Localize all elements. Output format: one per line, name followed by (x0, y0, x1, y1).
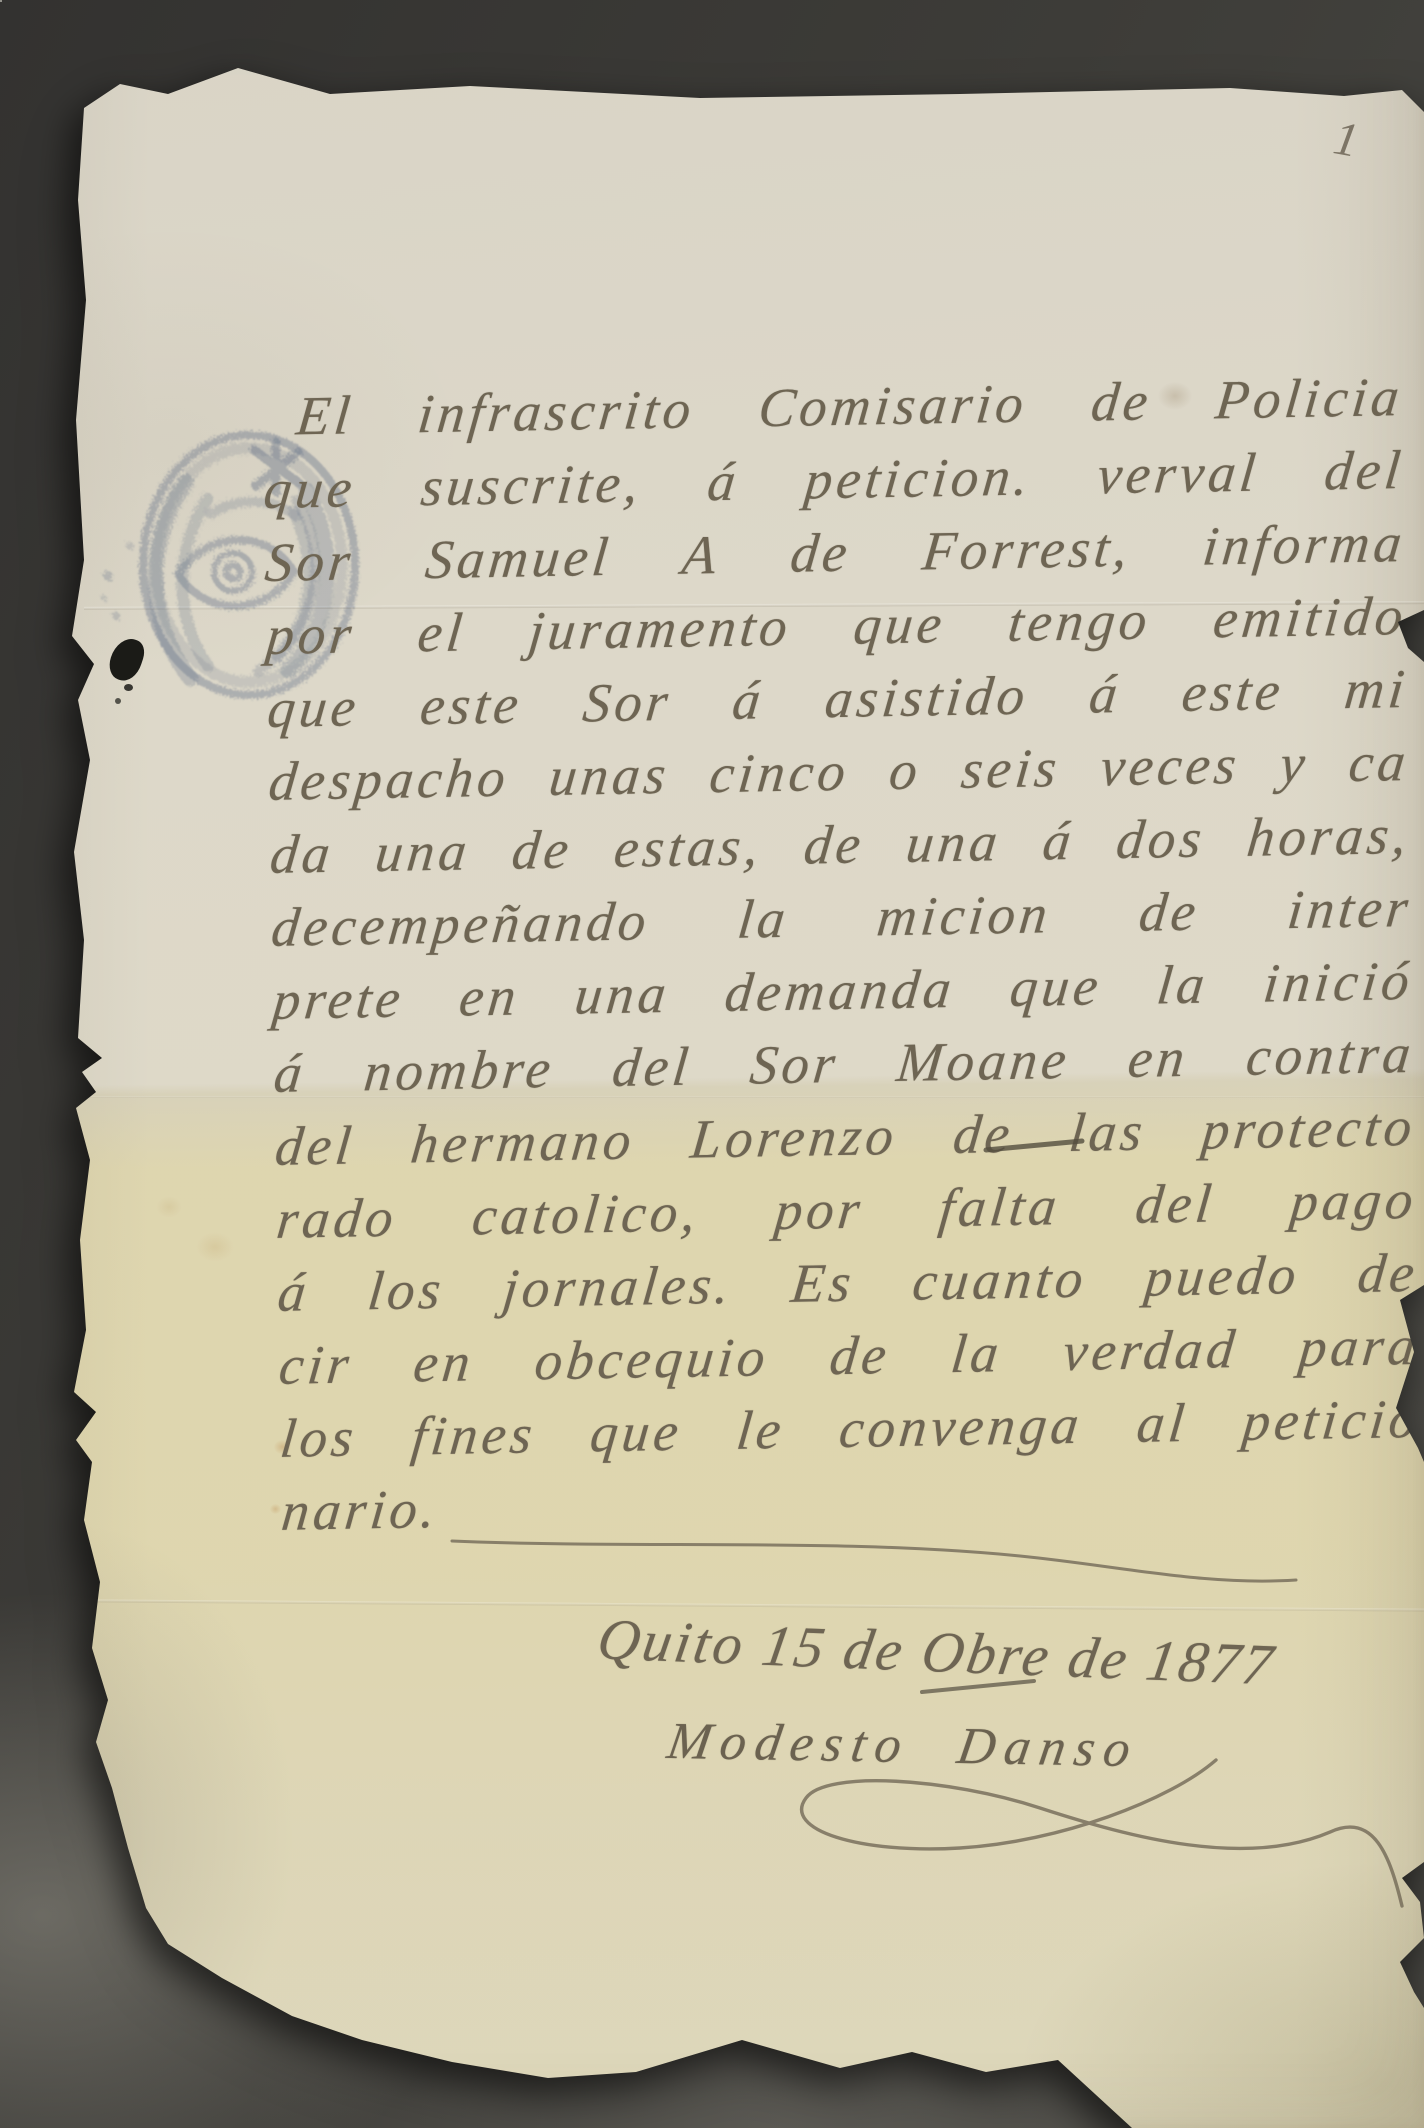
manuscript-line: á los jornales. Es cuanto puedo de (274, 1236, 1422, 1329)
signature: Modesto Danso (663, 1712, 1143, 1780)
manuscript-line: que este Sor á asistido á este mi (264, 652, 1412, 745)
manuscript-line: que suscrite, á peticion. verval del (260, 433, 1408, 526)
manuscript-line: los fines que le convenga al peticio (277, 1382, 1424, 1475)
foxing-spot (270, 1504, 281, 1514)
foxing-spot (1158, 382, 1192, 410)
tear-hole (105, 634, 148, 684)
manuscript-line: por el juramento que tengo emitido (263, 579, 1411, 672)
fold-crease (84, 1599, 1424, 1611)
tear-hole (124, 684, 133, 691)
date-strikethrough (922, 1681, 1034, 1692)
foxing-spot (196, 1232, 234, 1262)
discoloration-edge (84, 1096, 1424, 1098)
manuscript-line: del hermano Lorenzo de las protecto (272, 1090, 1420, 1183)
manuscript-line: á nombre del Sor Moane en contra (271, 1017, 1419, 1110)
manuscript-line: nario. (278, 1455, 1424, 1548)
manuscript-line: Sor Samuel A de Forrest, informa (262, 506, 1410, 599)
manuscript-line: prete en una demanda que la inició (269, 944, 1417, 1037)
paper-sheet: 1 El infrascrito Comisario de Policia qu… (0, 0, 1424, 2128)
nario-dash-flourish (452, 1541, 1296, 1581)
tear-hole (115, 698, 121, 704)
manuscript-line: rado catolico, por falta del pago (273, 1163, 1421, 1256)
manuscript-line: El infrascrito Comisario de Policia (259, 360, 1407, 453)
manuscript-line: despacho unas cinco o seis veces y ca (266, 725, 1414, 818)
dateline: Quito 15 de Obre de 1877 (592, 1600, 1364, 1709)
foxing-spot (274, 1440, 291, 1454)
manuscript-line: decempeñando la micion de inter (268, 871, 1416, 964)
manuscript-line: cir en obcequio de la verdad para (276, 1309, 1424, 1402)
paper-shadow: 1 El infrascrito Comisario de Policia qu… (0, 0, 1424, 2128)
page-number: 1 (1330, 114, 1362, 165)
fold-crease (84, 601, 1424, 610)
manuscript-line: da una de estas, de una á dos horas, (267, 798, 1415, 891)
ink-flourish (0, 0, 1424, 2128)
manuscript-text: El infrascrito Comisario de Policia que … (258, 360, 1418, 1548)
foxing-spot (156, 1196, 182, 1218)
eye-wreath-stamp-icon (90, 426, 376, 710)
signature-flourish (802, 1760, 1402, 1906)
word-strikethrough (986, 1141, 1082, 1150)
